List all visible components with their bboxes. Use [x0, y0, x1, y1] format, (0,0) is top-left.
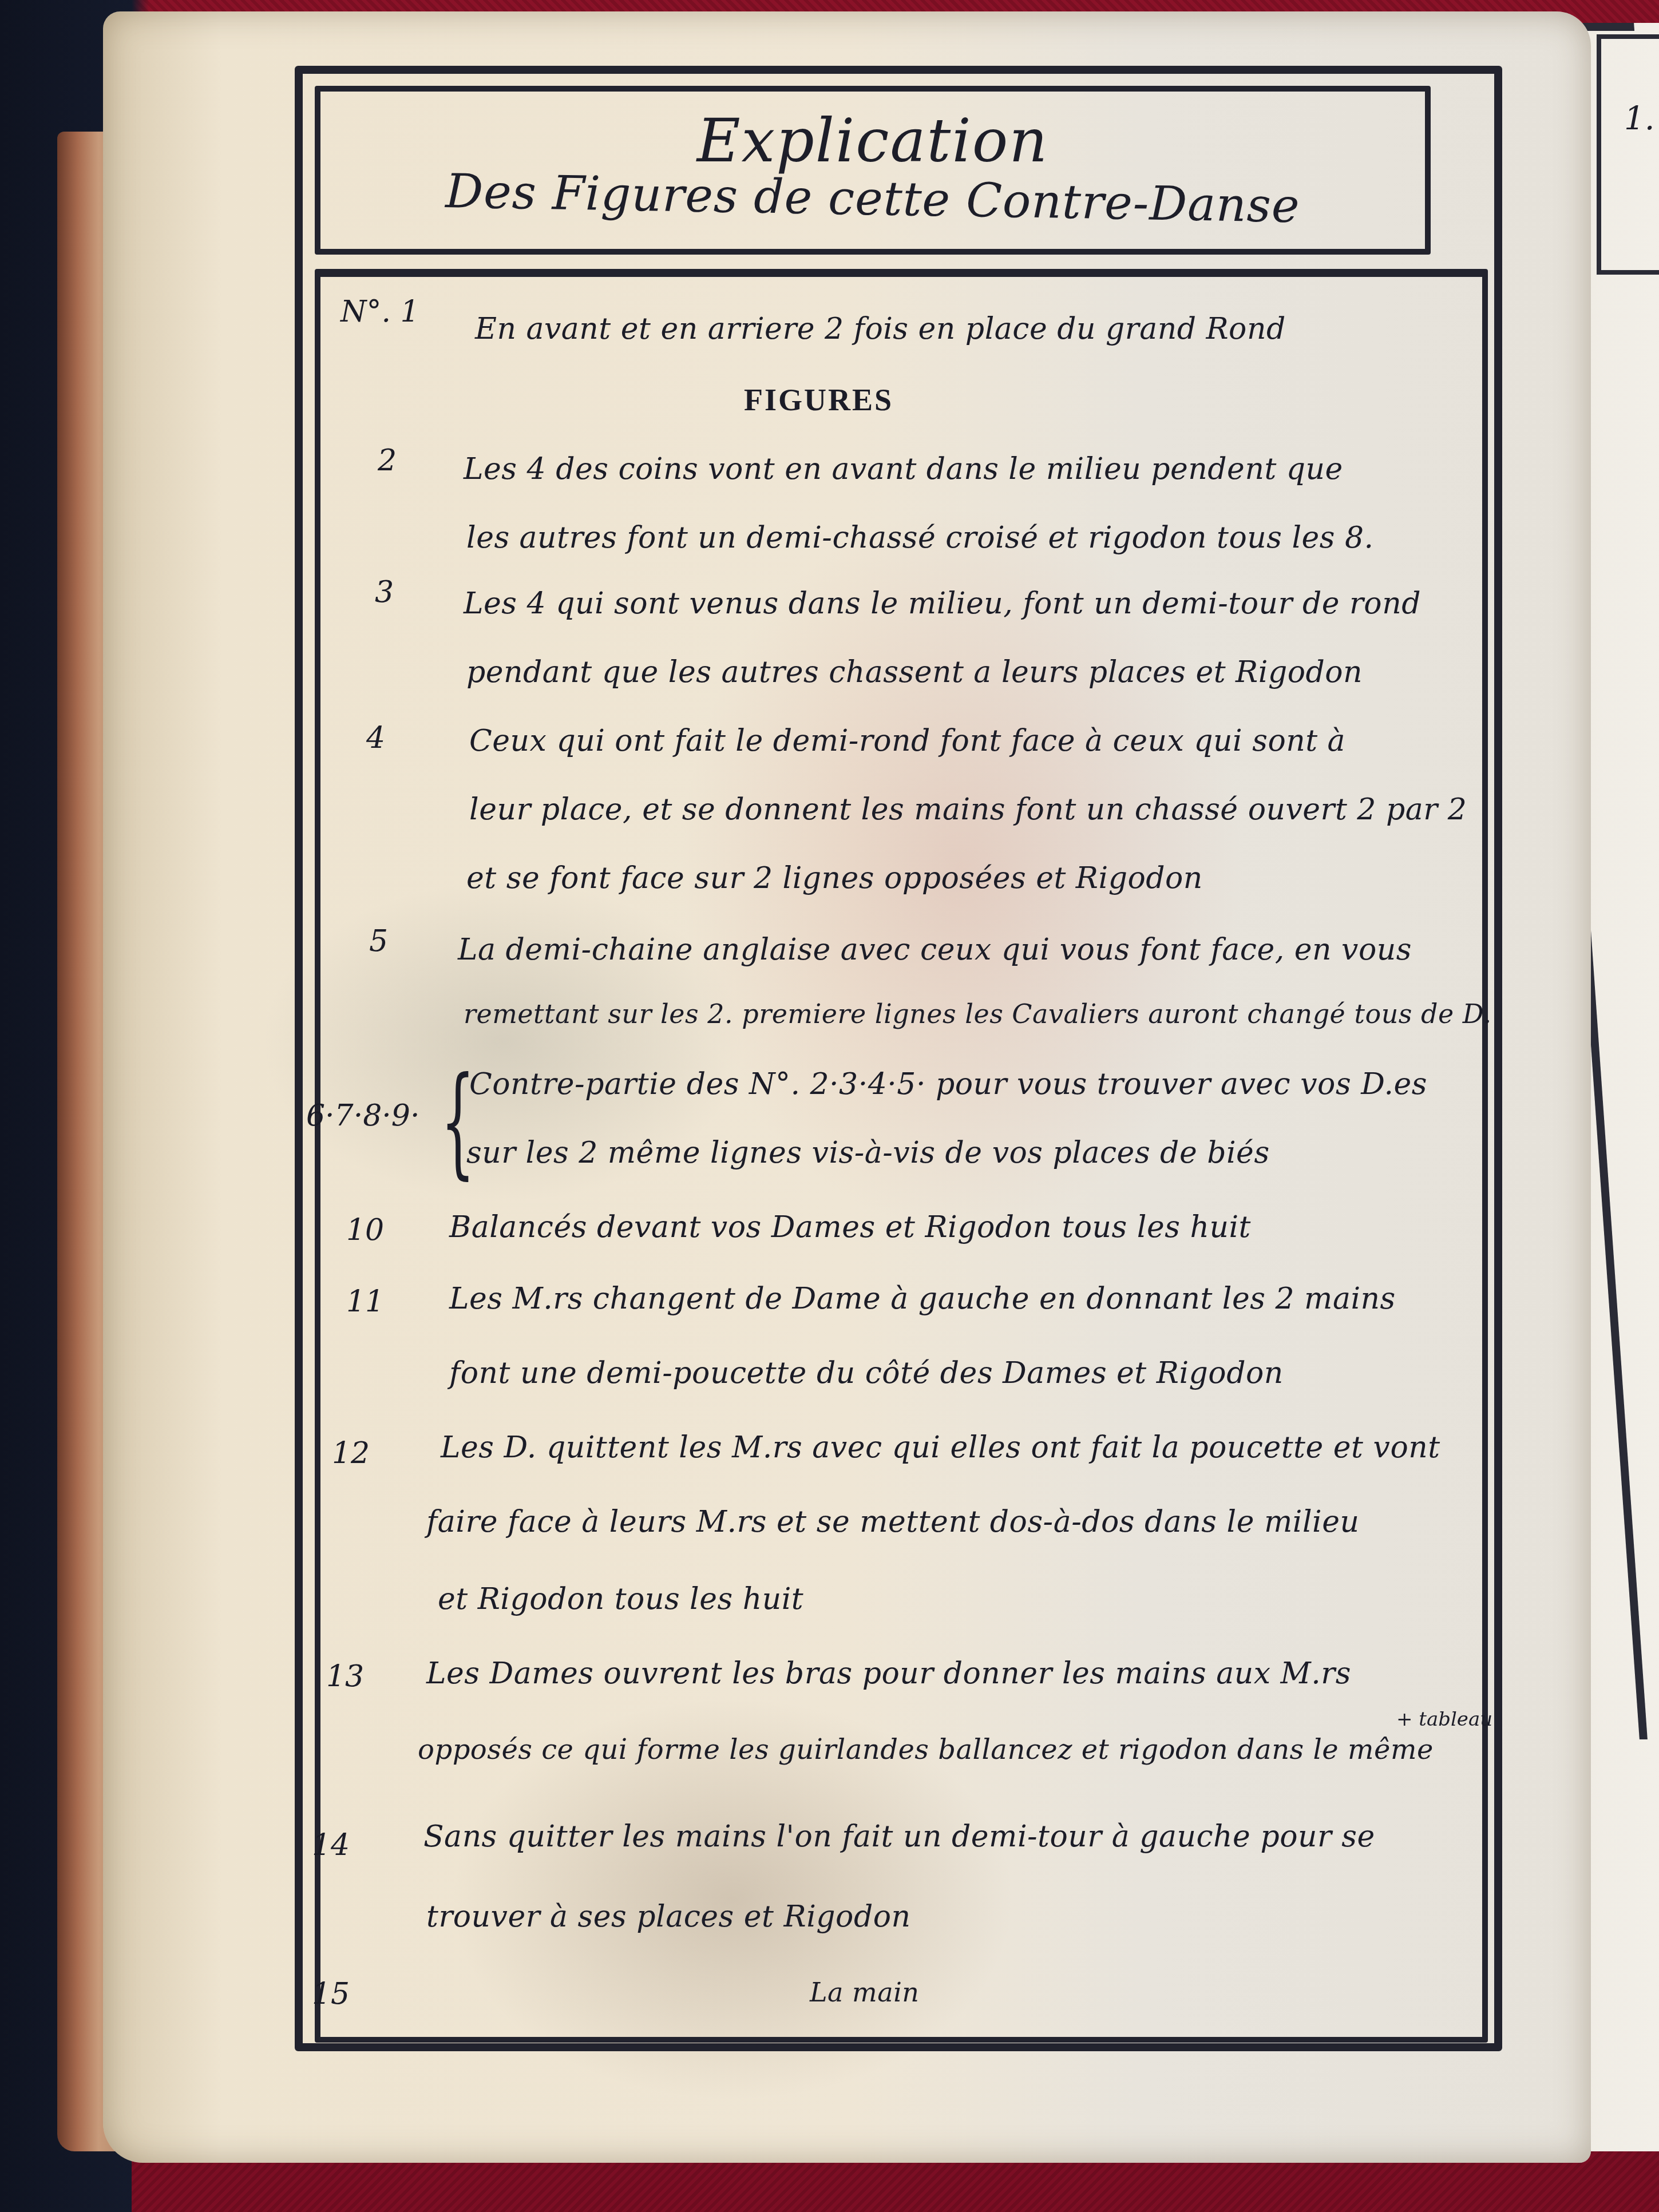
entry-number: 14: [312, 1828, 350, 1862]
entry-number: 15: [312, 1977, 350, 2011]
handwritten-annotation: + tableau: [1396, 1708, 1492, 1731]
entry-line: faire face à leurs M.rs et se mettent do…: [426, 1505, 1359, 1539]
facing-page-inner-frame: [1597, 34, 1659, 275]
entry-number: 12: [332, 1436, 370, 1470]
entry-line: trouver à ses places et Rigodon: [426, 1900, 910, 1934]
entry-line: et Rigodon tous les huit: [438, 1582, 803, 1616]
entry-number: N°. 1: [340, 295, 419, 329]
entry-number: 6·7·8·9·: [306, 1099, 419, 1133]
entry-line: La main: [810, 1977, 919, 2008]
entry-line: opposés ce qui forme les guirlandes ball…: [418, 1734, 1434, 1766]
entry-line: Les 4 des coins vont en avant dans le mi…: [464, 452, 1343, 486]
entry-line: Les D. quittent les M.rs avec qui elles …: [441, 1430, 1440, 1465]
entry-line: Les M.rs changent de Dame à gauche en do…: [449, 1282, 1396, 1316]
section-heading: FIGURES: [744, 382, 893, 418]
entry-line: leur place, et se donnent les mains font…: [469, 792, 1467, 827]
entry-number: 2: [378, 443, 397, 478]
entry-number: 3: [375, 575, 394, 609]
entry-line: Contre-partie des N°. 2·3·4·5· pour vous…: [469, 1067, 1427, 1101]
entry-line: pendant que les autres chassent a leurs …: [466, 655, 1363, 689]
entry-line: Les 4 qui sont venus dans le milieu, fon…: [464, 586, 1421, 621]
entry-number: 4: [366, 721, 385, 755]
entry-line: La demi-chaine anglaise avec ceux qui vo…: [458, 933, 1412, 967]
entry-number: 13: [326, 1659, 364, 1694]
entry-line: En avant et en arriere 2 fois en place d…: [475, 312, 1286, 346]
entry-number: 10: [346, 1213, 384, 1247]
entry-line: et se font face sur 2 lignes opposées et…: [466, 861, 1203, 895]
entry-line: sur les 2 même lignes vis-à-vis de vos p…: [466, 1136, 1270, 1170]
entry-line: Les Dames ouvrent les bras pour donner l…: [426, 1656, 1351, 1691]
entry-number: 11: [346, 1285, 384, 1319]
entry-line: Sans quitter les mains l'on fait un demi…: [423, 1819, 1375, 1854]
entry-line: remettant sur les 2. premiere lignes les…: [464, 998, 1492, 1029]
entry-line: font une demi-poucette du côté des Dames…: [449, 1356, 1284, 1390]
entry-line: les autres font un demi-chassé croisé et…: [466, 521, 1374, 555]
entry-number: 5: [369, 924, 388, 958]
facing-page-mark: 1.: [1624, 100, 1654, 137]
entry-line: Balancés devant vos Dames et Rigodon tou…: [449, 1210, 1251, 1244]
entry-line: Ceux qui ont fait le demi-rond font face…: [469, 724, 1345, 758]
